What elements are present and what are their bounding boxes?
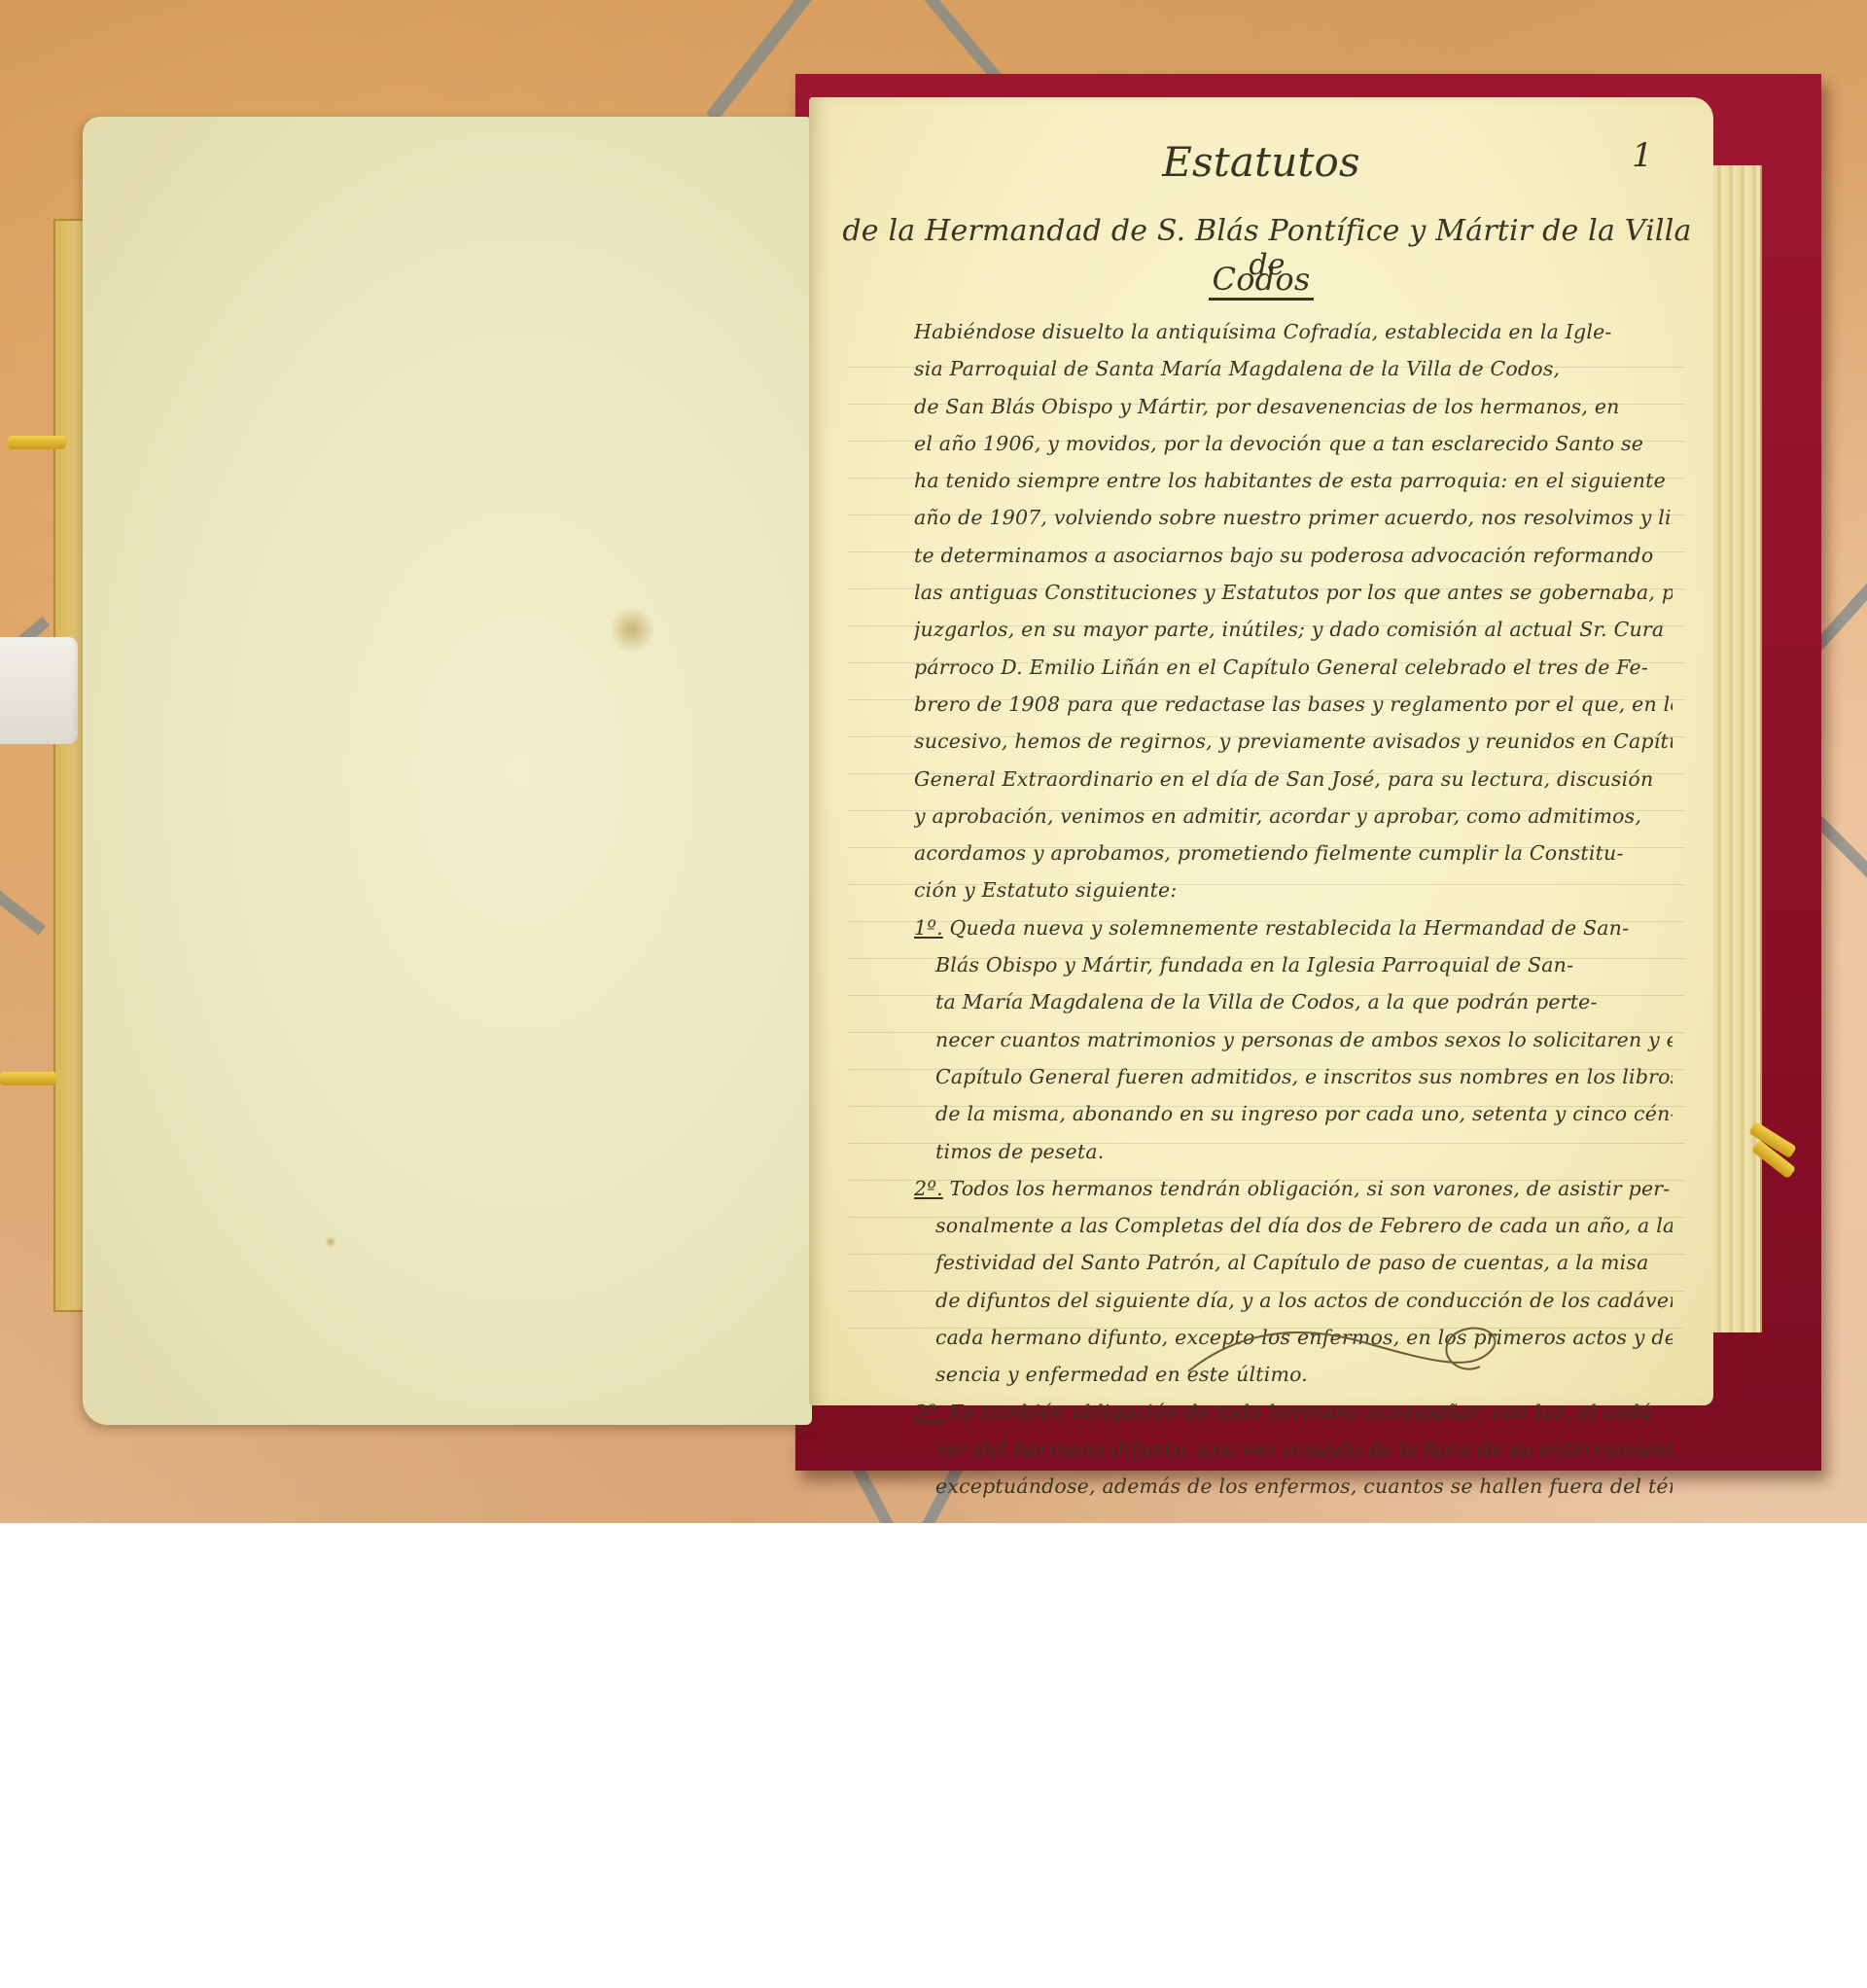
pen-flourish-icon xyxy=(1179,1313,1529,1381)
article-text: Queda nueva y solemnemente restablecida … xyxy=(950,916,1630,940)
paper-stain xyxy=(608,608,656,652)
preamble-line: y aprobación, venimos en admitir, acorda… xyxy=(914,798,1673,834)
preamble-line: juzgarlos, en su mayor parte, inútiles; … xyxy=(914,611,1673,648)
article-1-line: Blás Obispo y Mártir, fundada en la Igle… xyxy=(914,946,1673,983)
article-1-line: Capítulo General fueren admitidos, e ins… xyxy=(914,1058,1673,1095)
preamble-line: sucesivo, hemos de regirnos, y previamen… xyxy=(914,723,1673,760)
article-3-line: 3º. Es también obligación de todo herman… xyxy=(914,1394,1673,1431)
article-2-line: festividad del Santo Patrón, al Capítulo… xyxy=(914,1244,1673,1281)
preamble-line: ha tenido siempre entre los habitantes d… xyxy=(914,462,1673,499)
article-1-line: necer cuantos matrimonios y personas de … xyxy=(914,1021,1673,1058)
bookmark-ribbon xyxy=(0,1072,56,1085)
left-page-blank xyxy=(83,117,812,1425)
cloth-tab xyxy=(0,637,78,744)
document-place: Codos xyxy=(809,261,1713,298)
bookmark-ribbon xyxy=(8,436,66,449)
article-1-line: ta María Magdalena de la Villa de Codos,… xyxy=(914,983,1673,1020)
preamble-line: las antiguas Constituciones y Estatutos … xyxy=(914,574,1673,611)
article-number: 3º. xyxy=(914,1401,943,1424)
right-page-written: Estatutos 1 de la Hermandad de S. Blás P… xyxy=(809,97,1713,1405)
page-number: 1 xyxy=(1632,136,1653,175)
preamble-line: párroco D. Emilio Liñán en el Capítulo G… xyxy=(914,649,1673,686)
article-number: 1º. xyxy=(914,916,943,940)
tile-grout-line xyxy=(0,854,46,935)
preamble-line: General Extraordinario en el día de San … xyxy=(914,761,1673,798)
place-name: Codos xyxy=(1209,261,1315,301)
document-title: Estatutos xyxy=(809,138,1713,186)
article-number: 2º. xyxy=(914,1177,943,1200)
article-text: Todos los hermanos tendrán obligación, s… xyxy=(950,1177,1671,1200)
preamble-line: ción y Estatuto siguiente: xyxy=(914,871,1673,908)
preamble-line: de San Blás Obispo y Mártir, por desaven… xyxy=(914,388,1673,425)
preamble-line: acordamos y aprobamos, prometiendo fielm… xyxy=(914,834,1673,871)
paper-stain xyxy=(326,1235,335,1249)
preamble-line: año de 1907, volviendo sobre nuestro pri… xyxy=(914,499,1673,536)
article-2-line: sonalmente a las Completas del día dos d… xyxy=(914,1207,1673,1244)
article-2-line: 2º. Todos los hermanos tendrán obligació… xyxy=(914,1170,1673,1207)
article-1-line: 1º. Queda nueva y solemnemente restablec… xyxy=(914,909,1673,946)
preamble-line: el año 1906, y movidos, por la devoción … xyxy=(914,425,1673,462)
preamble-line: sia Parroquial de Santa María Magdalena … xyxy=(914,350,1673,387)
article-text: Es también obligación de todo hermano ac… xyxy=(950,1401,1659,1424)
preamble-line: te determinamos a asociarnos bajo su pod… xyxy=(914,537,1673,574)
article-3-line: exceptuándose, además de los enfermos, c… xyxy=(914,1468,1673,1505)
preamble-line: Habiéndose disuelto la antiquísima Cofra… xyxy=(914,313,1673,350)
preamble-line: brero de 1908 para que redactase las bas… xyxy=(914,686,1673,723)
manuscript-photo: Estatutos 1 de la Hermandad de S. Blás P… xyxy=(0,0,1867,1523)
article-3-line: ver del hermano difunto, una vez avisado… xyxy=(914,1431,1673,1468)
article-1-line: timos de peseta. xyxy=(914,1133,1673,1170)
article-1-line: de la misma, abonando en su ingreso por … xyxy=(914,1095,1673,1132)
